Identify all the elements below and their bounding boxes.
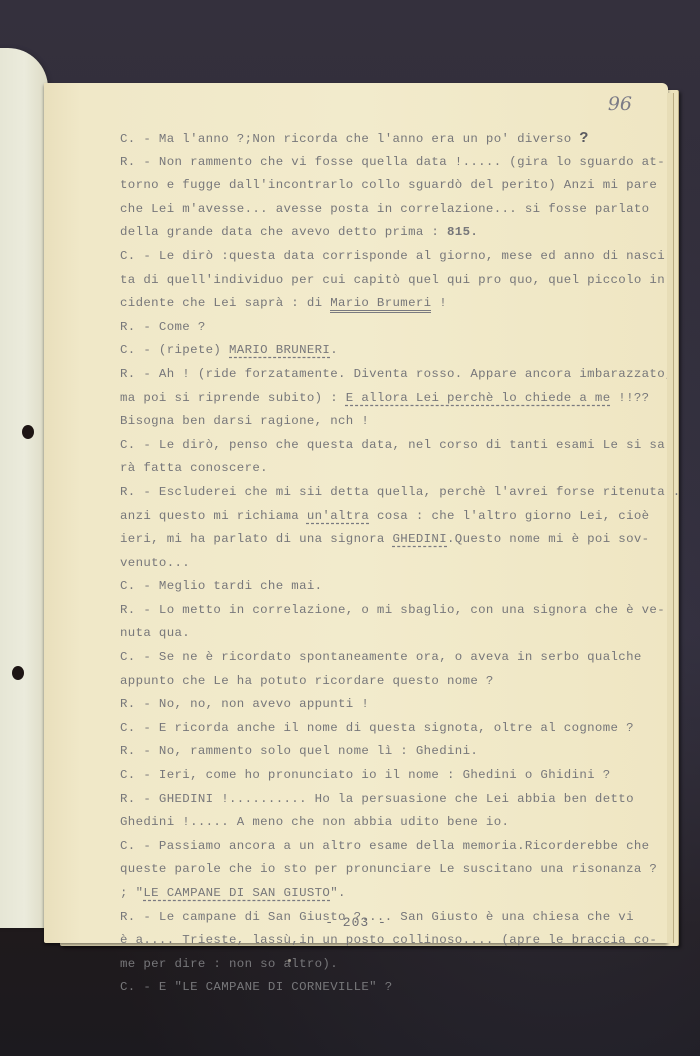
transcript-line: R. - Lo metto in correlazione, o mi sbag… xyxy=(120,599,660,623)
underlined-quote: E allora Lei perchè lo chiede a me xyxy=(346,391,611,405)
underlined-word: un'altra xyxy=(307,509,369,523)
transcript-line: nuta qua. xyxy=(120,622,660,646)
transcript-line: C. - E "LE CAMPANE DI CORNEVILLE" ? xyxy=(120,976,660,1000)
transcript-line: cidente che Lei saprà : di Mario Brumeri… xyxy=(120,292,660,316)
transcript-line: che Lei m'avesse... avesse posta in corr… xyxy=(120,198,660,222)
transcript-body: C. - Ma l'anno ?;Non ricorda che l'anno … xyxy=(120,127,660,1000)
transcript-line: me per dire : non so altro). xyxy=(120,953,660,977)
date-number: 815. xyxy=(447,225,478,239)
typewritten-page: 96 C. - Ma l'anno ?;Non ricorda che l'an… xyxy=(44,83,668,943)
page-number: - 203 - xyxy=(44,915,668,930)
transcript-line: ieri, mi ha parlato di una signora GHEDI… xyxy=(120,528,660,552)
transcript-line: C. - Passiamo ancora a un altro esame de… xyxy=(120,835,660,859)
binding-hole xyxy=(22,425,34,439)
transcript-line: R. - Non rammento che vi fosse quella da… xyxy=(120,151,660,175)
transcript-line: C. - Meglio tardi che mai. xyxy=(120,575,660,599)
transcript-line: R. - Ah ! (ride forzatamente. Diventa ro… xyxy=(120,363,660,387)
transcript-line: C. - Le dirò, penso che questa data, nel… xyxy=(120,434,660,458)
transcript-line: R. - No, rammento solo quel nome lì : Gh… xyxy=(120,740,660,764)
transcript-line: ; "LE CAMPANE DI SAN GIUSTO". xyxy=(120,882,660,906)
transcript-line: C. - Ma l'anno ?;Non ricorda che l'anno … xyxy=(120,127,660,151)
handwritten-question-mark: ? xyxy=(579,130,588,147)
transcript-line: Bisogna ben darsi ragione, nch ! xyxy=(120,410,660,434)
transcript-line: della grande data che avevo detto prima … xyxy=(120,221,660,245)
transcript-line: è a.... Trieste, lassù,in un posto colli… xyxy=(120,929,660,953)
transcript-line: C. - Le dirò :questa data corrisponde al… xyxy=(120,245,660,269)
transcript-line: queste parole che io sto per pronunciare… xyxy=(120,858,660,882)
transcript-line: C. - E ricorda anche il nome di questa s… xyxy=(120,717,660,741)
handwritten-folio-number: 96 xyxy=(608,93,632,115)
transcript-line: C. - Se ne è ricordato spontaneamente or… xyxy=(120,646,660,670)
transcript-line: rà fatta conoscere. xyxy=(120,457,660,481)
transcript-line: C. - Ieri, come ho pronunciato io il nom… xyxy=(120,764,660,788)
transcript-line: anzi questo mi richiama un'altra cosa : … xyxy=(120,505,660,529)
underlined-name: MARIO BRUNERI xyxy=(229,343,330,357)
transcript-line: R. - Come ? xyxy=(120,316,660,340)
transcript-line: R. - Escluderei che mi sii detta quella,… xyxy=(120,481,660,505)
transcript-line: venuto... xyxy=(120,552,660,576)
underlined-name: GHEDINI xyxy=(393,532,448,546)
left-facing-page xyxy=(0,48,48,928)
transcript-line: R. - No, no, non avevo appunti ! xyxy=(120,693,660,717)
transcript-line: Ghedini !..... A meno che non abbia udit… xyxy=(120,811,660,835)
transcript-line: R. - GHEDINI !.......... Ho la persuasio… xyxy=(120,788,660,812)
transcript-line: torno e fugge dall'incontrarlo collo sgu… xyxy=(120,174,660,198)
dust-speck xyxy=(288,959,291,962)
transcript-line: ma poi si riprende subito) : E allora Le… xyxy=(120,387,660,411)
underlined-name: Mario Brumeri xyxy=(330,296,431,313)
transcript-line: ta di quell'individuo per cui capitò que… xyxy=(120,269,660,293)
transcript-line: appunto che Le ha potuto ricordare quest… xyxy=(120,670,660,694)
binding-hole xyxy=(12,666,24,680)
transcript-line: C. - (ripete) MARIO BRUNERI. xyxy=(120,339,660,363)
underlined-title: LE CAMPANE DI SAN GIUSTO xyxy=(143,886,330,900)
